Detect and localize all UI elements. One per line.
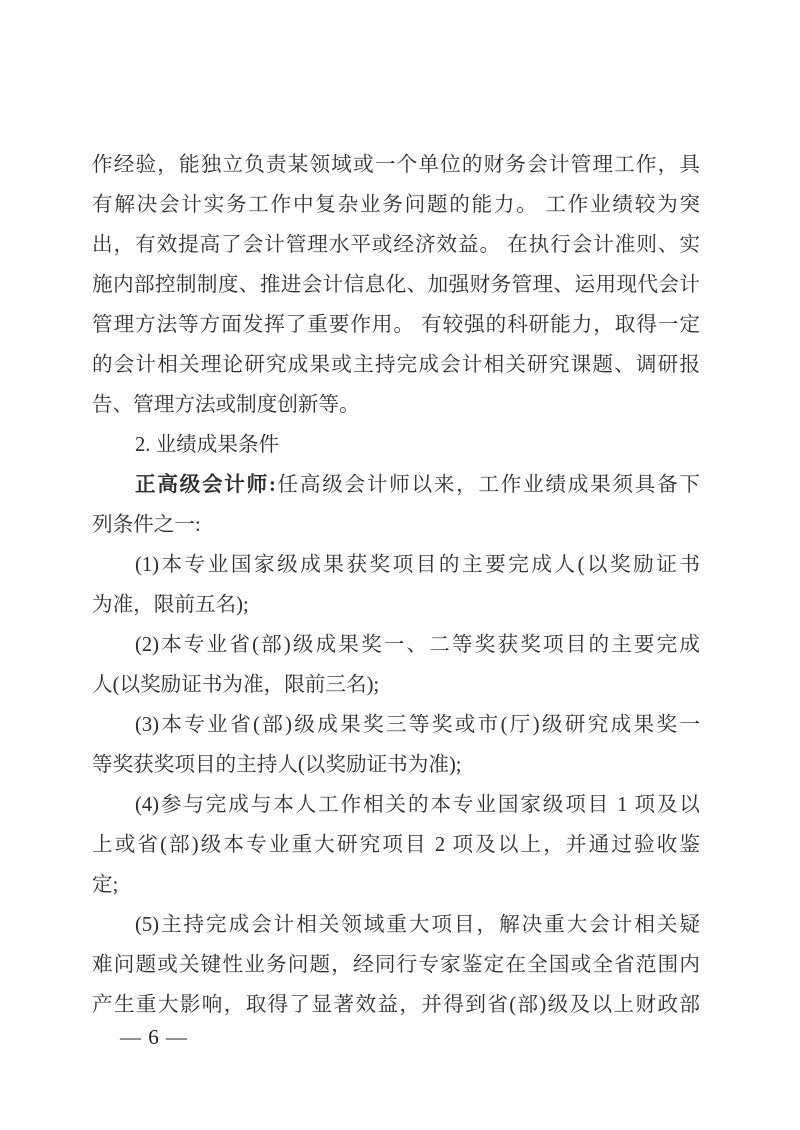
- text-segment: 难问题或关键性业务问题，经同行专家鉴定在全国或全省范围内: [92, 954, 700, 976]
- page-number: — 6 —: [120, 1022, 188, 1052]
- text-segment: (3)本专业省(部)级成果奖三等奖或市(厅)级研究成果奖一: [135, 714, 700, 736]
- text-segment: 施内部控制制度、推进会计信息化、加强财务管理、运用现代会计: [92, 274, 700, 296]
- text-line: 告、管理方法或制度创新等。: [92, 385, 700, 425]
- text-segment: 列条件之一:: [92, 514, 201, 536]
- document-text-block: 作经验，能独立负责某领域或一个单位的财务会计管理工作，具有解决会计实务工作中复杂…: [92, 145, 700, 1025]
- text-line: 正高级会计师:任高级会计师以来，工作业绩成果须具备下: [92, 465, 700, 505]
- text-line: 为准，限前五名);: [92, 585, 700, 625]
- text-segment: 上或省(部)级本专业重大研究项目 2 项及以上，并通过验收鉴: [92, 834, 700, 856]
- text-line: (3)本专业省(部)级成果奖三等奖或市(厅)级研究成果奖一: [92, 705, 700, 745]
- text-segment: 产生重大影响，取得了显著效益，并得到省(部)级及以上财政部: [92, 994, 700, 1016]
- text-segment: 告、管理方法或制度创新等。: [92, 394, 360, 416]
- text-segment: 等奖获奖项目的主持人(以奖励证书为准);: [92, 754, 462, 776]
- text-line: 的会计相关理论研究成果或主持完成会计相关研究课题、调研报: [92, 345, 700, 385]
- text-line: (2)本专业省(部)级成果奖一、二等奖获奖项目的主要完成: [92, 625, 700, 665]
- text-segment: (5)主持完成会计相关领域重大项目，解决重大会计相关疑: [135, 914, 700, 936]
- text-line: 管理方法等方面发挥了重要作用。 有较强的科研能力，取得一定: [92, 305, 700, 345]
- text-line: 人(以奖励证书为准，限前三名);: [92, 665, 700, 705]
- text-line: 作经验，能独立负责某领域或一个单位的财务会计管理工作，具: [92, 145, 700, 185]
- text-line: 列条件之一:: [92, 505, 700, 545]
- text-line: 上或省(部)级本专业重大研究项目 2 项及以上，并通过验收鉴: [92, 825, 700, 865]
- document-page: 作经验，能独立负责某领域或一个单位的财务会计管理工作，具有解决会计实务工作中复杂…: [0, 0, 800, 1130]
- text-segment: 出，有效提高了会计管理水平或经济效益。 在执行会计准则、实: [92, 234, 700, 256]
- text-line: 2. 业绩成果条件: [92, 425, 700, 465]
- text-segment: 作经验，能独立负责某领域或一个单位的财务会计管理工作，具: [92, 154, 700, 176]
- text-line: 出，有效提高了会计管理水平或经济效益。 在执行会计准则、实: [92, 225, 700, 265]
- text-segment: 定;: [92, 874, 118, 896]
- text-segment: (2)本专业省(部)级成果奖一、二等奖获奖项目的主要完成: [135, 634, 700, 656]
- text-line: (4)参与完成与本人工作相关的本专业国家级项目 1 项及以: [92, 785, 700, 825]
- text-segment: (1)本专业国家级成果获奖项目的主要完成人(以奖励证书: [135, 554, 700, 576]
- text-segment: 2. 业绩成果条件: [135, 434, 279, 456]
- text-line: 难问题或关键性业务问题，经同行专家鉴定在全国或全省范围内: [92, 945, 700, 985]
- text-segment: (4)参与完成与本人工作相关的本专业国家级项目 1 项及以: [135, 794, 700, 816]
- bold-term: 正高级会计师:: [135, 474, 276, 496]
- text-segment: 为准，限前五名);: [92, 594, 249, 616]
- text-line: 有解决会计实务工作中复杂业务问题的能力。 工作业绩较为突: [92, 185, 700, 225]
- text-line: (1)本专业国家级成果获奖项目的主要完成人(以奖励证书: [92, 545, 700, 585]
- text-line: 产生重大影响，取得了显著效益，并得到省(部)级及以上财政部: [92, 985, 700, 1025]
- text-segment: 的会计相关理论研究成果或主持完成会计相关研究课题、调研报: [92, 354, 700, 376]
- text-segment: 有解决会计实务工作中复杂业务问题的能力。 工作业绩较为突: [92, 194, 700, 216]
- text-segment: 人(以奖励证书为准，限前三名);: [92, 674, 379, 696]
- text-segment: 任高级会计师以来，工作业绩成果须具备下: [276, 474, 700, 496]
- text-line: (5)主持完成会计相关领域重大项目，解决重大会计相关疑: [92, 905, 700, 945]
- text-line: 施内部控制制度、推进会计信息化、加强财务管理、运用现代会计: [92, 265, 700, 305]
- text-line: 等奖获奖项目的主持人(以奖励证书为准);: [92, 745, 700, 785]
- text-line: 定;: [92, 865, 700, 905]
- text-segment: 管理方法等方面发挥了重要作用。 有较强的科研能力，取得一定: [92, 314, 700, 336]
